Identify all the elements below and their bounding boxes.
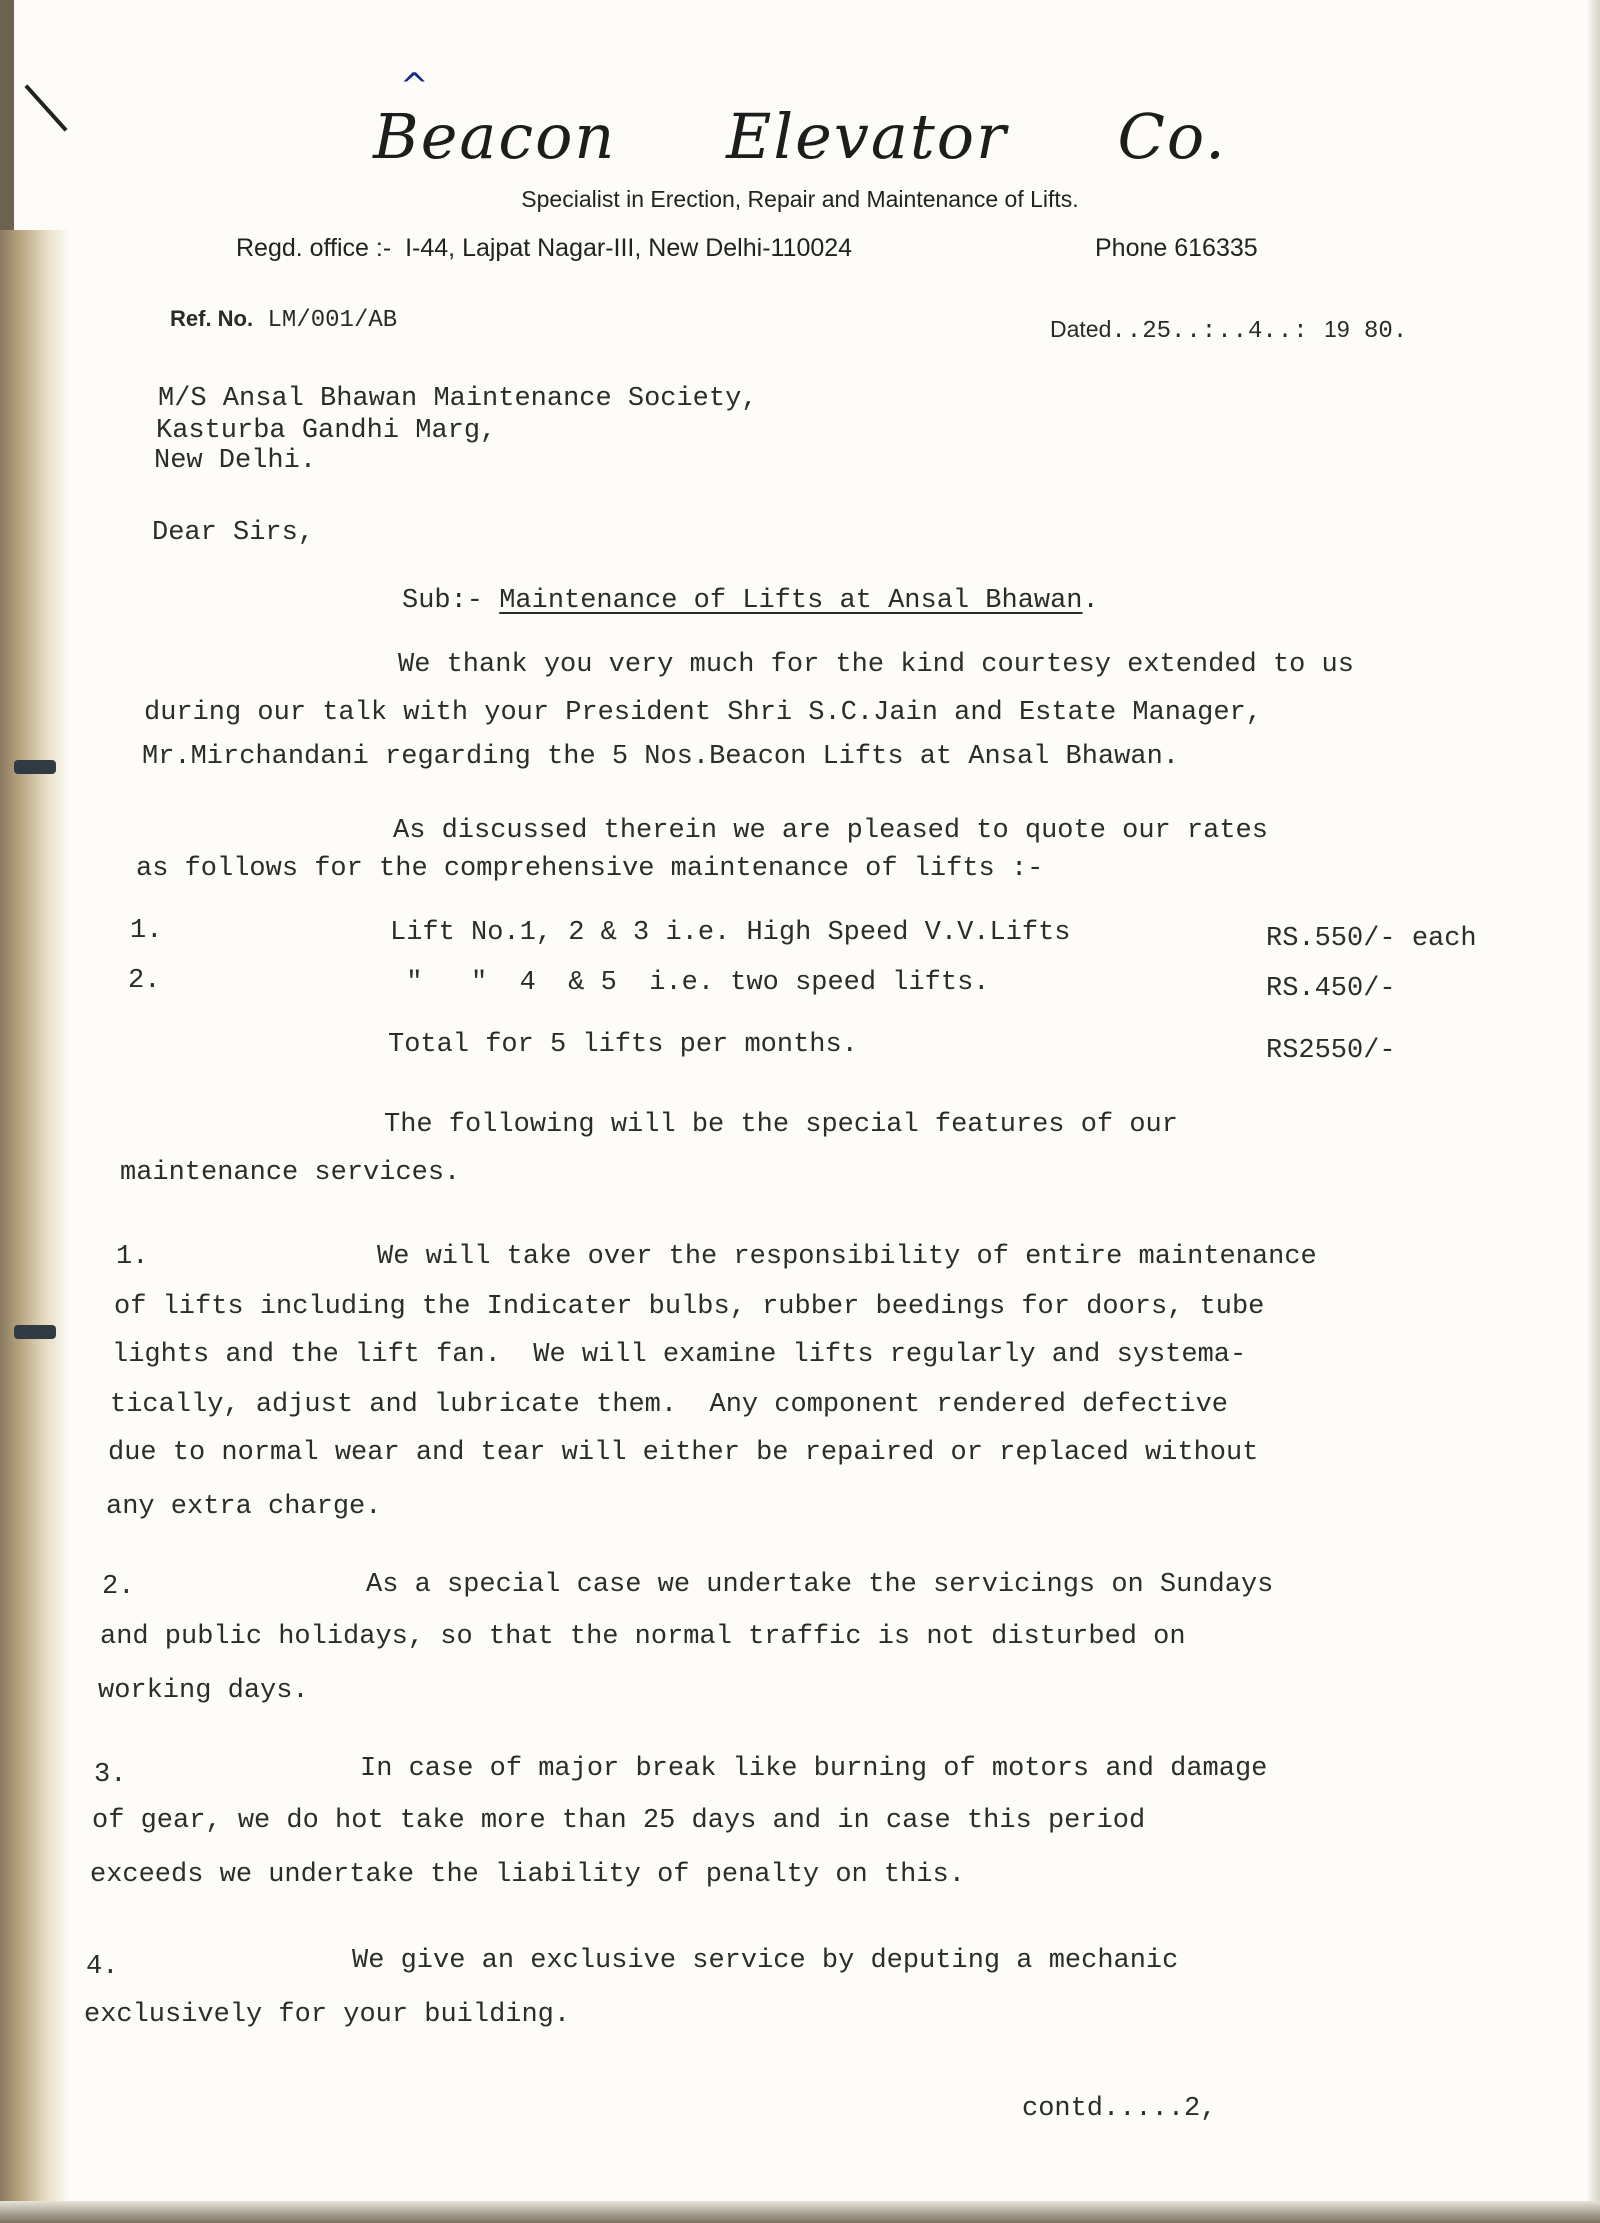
feature-line: As a special case we undertake the servi… <box>366 1572 1273 1599</box>
company-name: Beacon Elevator Co. <box>0 100 1600 173</box>
reference-number: Ref. No. LM/001/AB <box>170 306 397 334</box>
paragraph-line: as follows for the comprehensive mainten… <box>136 856 1043 883</box>
office-label: Regd. office :- <box>236 234 391 262</box>
rate-amount: RS.550/- each <box>1266 926 1477 953</box>
rate-description: Lift No.1, 2 & 3 i.e. High Speed V.V.Lif… <box>390 920 1071 947</box>
recipient-line: M/S Ansal Bhawan Maintenance Society, <box>158 386 758 413</box>
page-edge-right <box>1586 0 1600 2223</box>
rate-number: 1. <box>130 918 162 945</box>
feature-line: exclusively for your building. <box>84 2002 570 2029</box>
paragraph-line: maintenance services. <box>120 1160 460 1187</box>
binding-stain <box>0 230 70 2223</box>
rate-number: 2. <box>128 968 160 995</box>
subject-text: Maintenance of Lifts at Ansal Bhawan <box>499 586 1082 616</box>
binding-thread <box>14 1325 56 1339</box>
subject-line: Sub:- Maintenance of Lifts at Ansal Bhaw… <box>402 588 1099 615</box>
recipient-line: Kasturba Gandhi Marg, <box>156 418 496 445</box>
date-day: 25 <box>1142 318 1171 345</box>
letter-date: Dated..25..:..4..: 19 80. <box>1050 316 1407 345</box>
paragraph-line: We thank you very much for the kind cour… <box>398 652 1354 679</box>
feature-line: working days. <box>98 1678 309 1705</box>
ref-value: LM/001/AB <box>268 307 398 334</box>
feature-line: In case of major break like burning of m… <box>360 1756 1267 1783</box>
company-word: Beacon <box>373 100 616 173</box>
paragraph-line: during our talk with your President Shri… <box>144 700 1262 727</box>
feature-line: and public holidays, so that the normal … <box>100 1624 1186 1651</box>
company-word: Co. <box>1117 100 1226 173</box>
feature-number: 4. <box>86 1954 118 1981</box>
feature-line: due to normal wear and tear will either … <box>108 1440 1258 1467</box>
dated-label: Dated <box>1050 316 1111 342</box>
paragraph-line: Mr.Mirchandani regarding the 5 Nos.Beaco… <box>142 744 1179 771</box>
feature-line: lights and the lift fan. We will examine… <box>112 1342 1246 1369</box>
feature-line: We will take over the responsibility of … <box>377 1244 1317 1271</box>
feature-line: of lifts including the Indicater bulbs, … <box>114 1294 1264 1321</box>
registered-office: Regd. office :- I-44, Lajpat Nagar-III, … <box>236 234 852 263</box>
rate-amount: RS.450/- <box>1266 976 1396 1003</box>
ref-label: Ref. No. <box>170 306 253 331</box>
salutation: Dear Sirs, <box>152 520 314 547</box>
continued-note: contd.....2, <box>1022 2096 1216 2123</box>
paragraph-line: The following will be the special featur… <box>384 1112 1178 1139</box>
binding-thread <box>14 760 56 774</box>
recipient-line: New Delhi. <box>154 448 316 475</box>
feature-line: any extra charge. <box>106 1494 381 1521</box>
paragraph-line: As discussed therein we are pleased to q… <box>393 818 1268 845</box>
total-description: Total for 5 lifts per months. <box>388 1032 858 1059</box>
page-edge-bottom <box>0 2201 1600 2223</box>
feature-number: 1. <box>116 1244 148 1271</box>
date-century: 19 <box>1324 316 1350 342</box>
date-month: 4 <box>1248 318 1262 345</box>
subject-label: Sub:- <box>402 586 483 616</box>
subject-period: . <box>1083 586 1099 616</box>
date-year: 80. <box>1364 318 1407 345</box>
feature-line: of gear, we do hot take more than 25 day… <box>92 1808 1145 1835</box>
company-word: Elevator <box>726 100 1008 173</box>
feature-number: 2. <box>102 1574 134 1601</box>
total-amount: RS2550/- <box>1266 1038 1396 1065</box>
feature-line: We give an exclusive service by deputing… <box>352 1948 1178 1975</box>
rate-description: " " 4 & 5 i.e. two speed lifts. <box>390 970 990 997</box>
phone-number: Phone 616335 <box>1095 234 1258 263</box>
feature-number: 3. <box>94 1762 126 1789</box>
office-address: I-44, Lajpat Nagar-III, New Delhi-110024 <box>405 234 852 262</box>
feature-line: tically, adjust and lubricate them. Any … <box>110 1392 1228 1419</box>
feature-line: exceeds we undertake the liability of pe… <box>90 1862 965 1889</box>
company-tagline: Specialist in Erection, Repair and Maint… <box>0 186 1600 213</box>
